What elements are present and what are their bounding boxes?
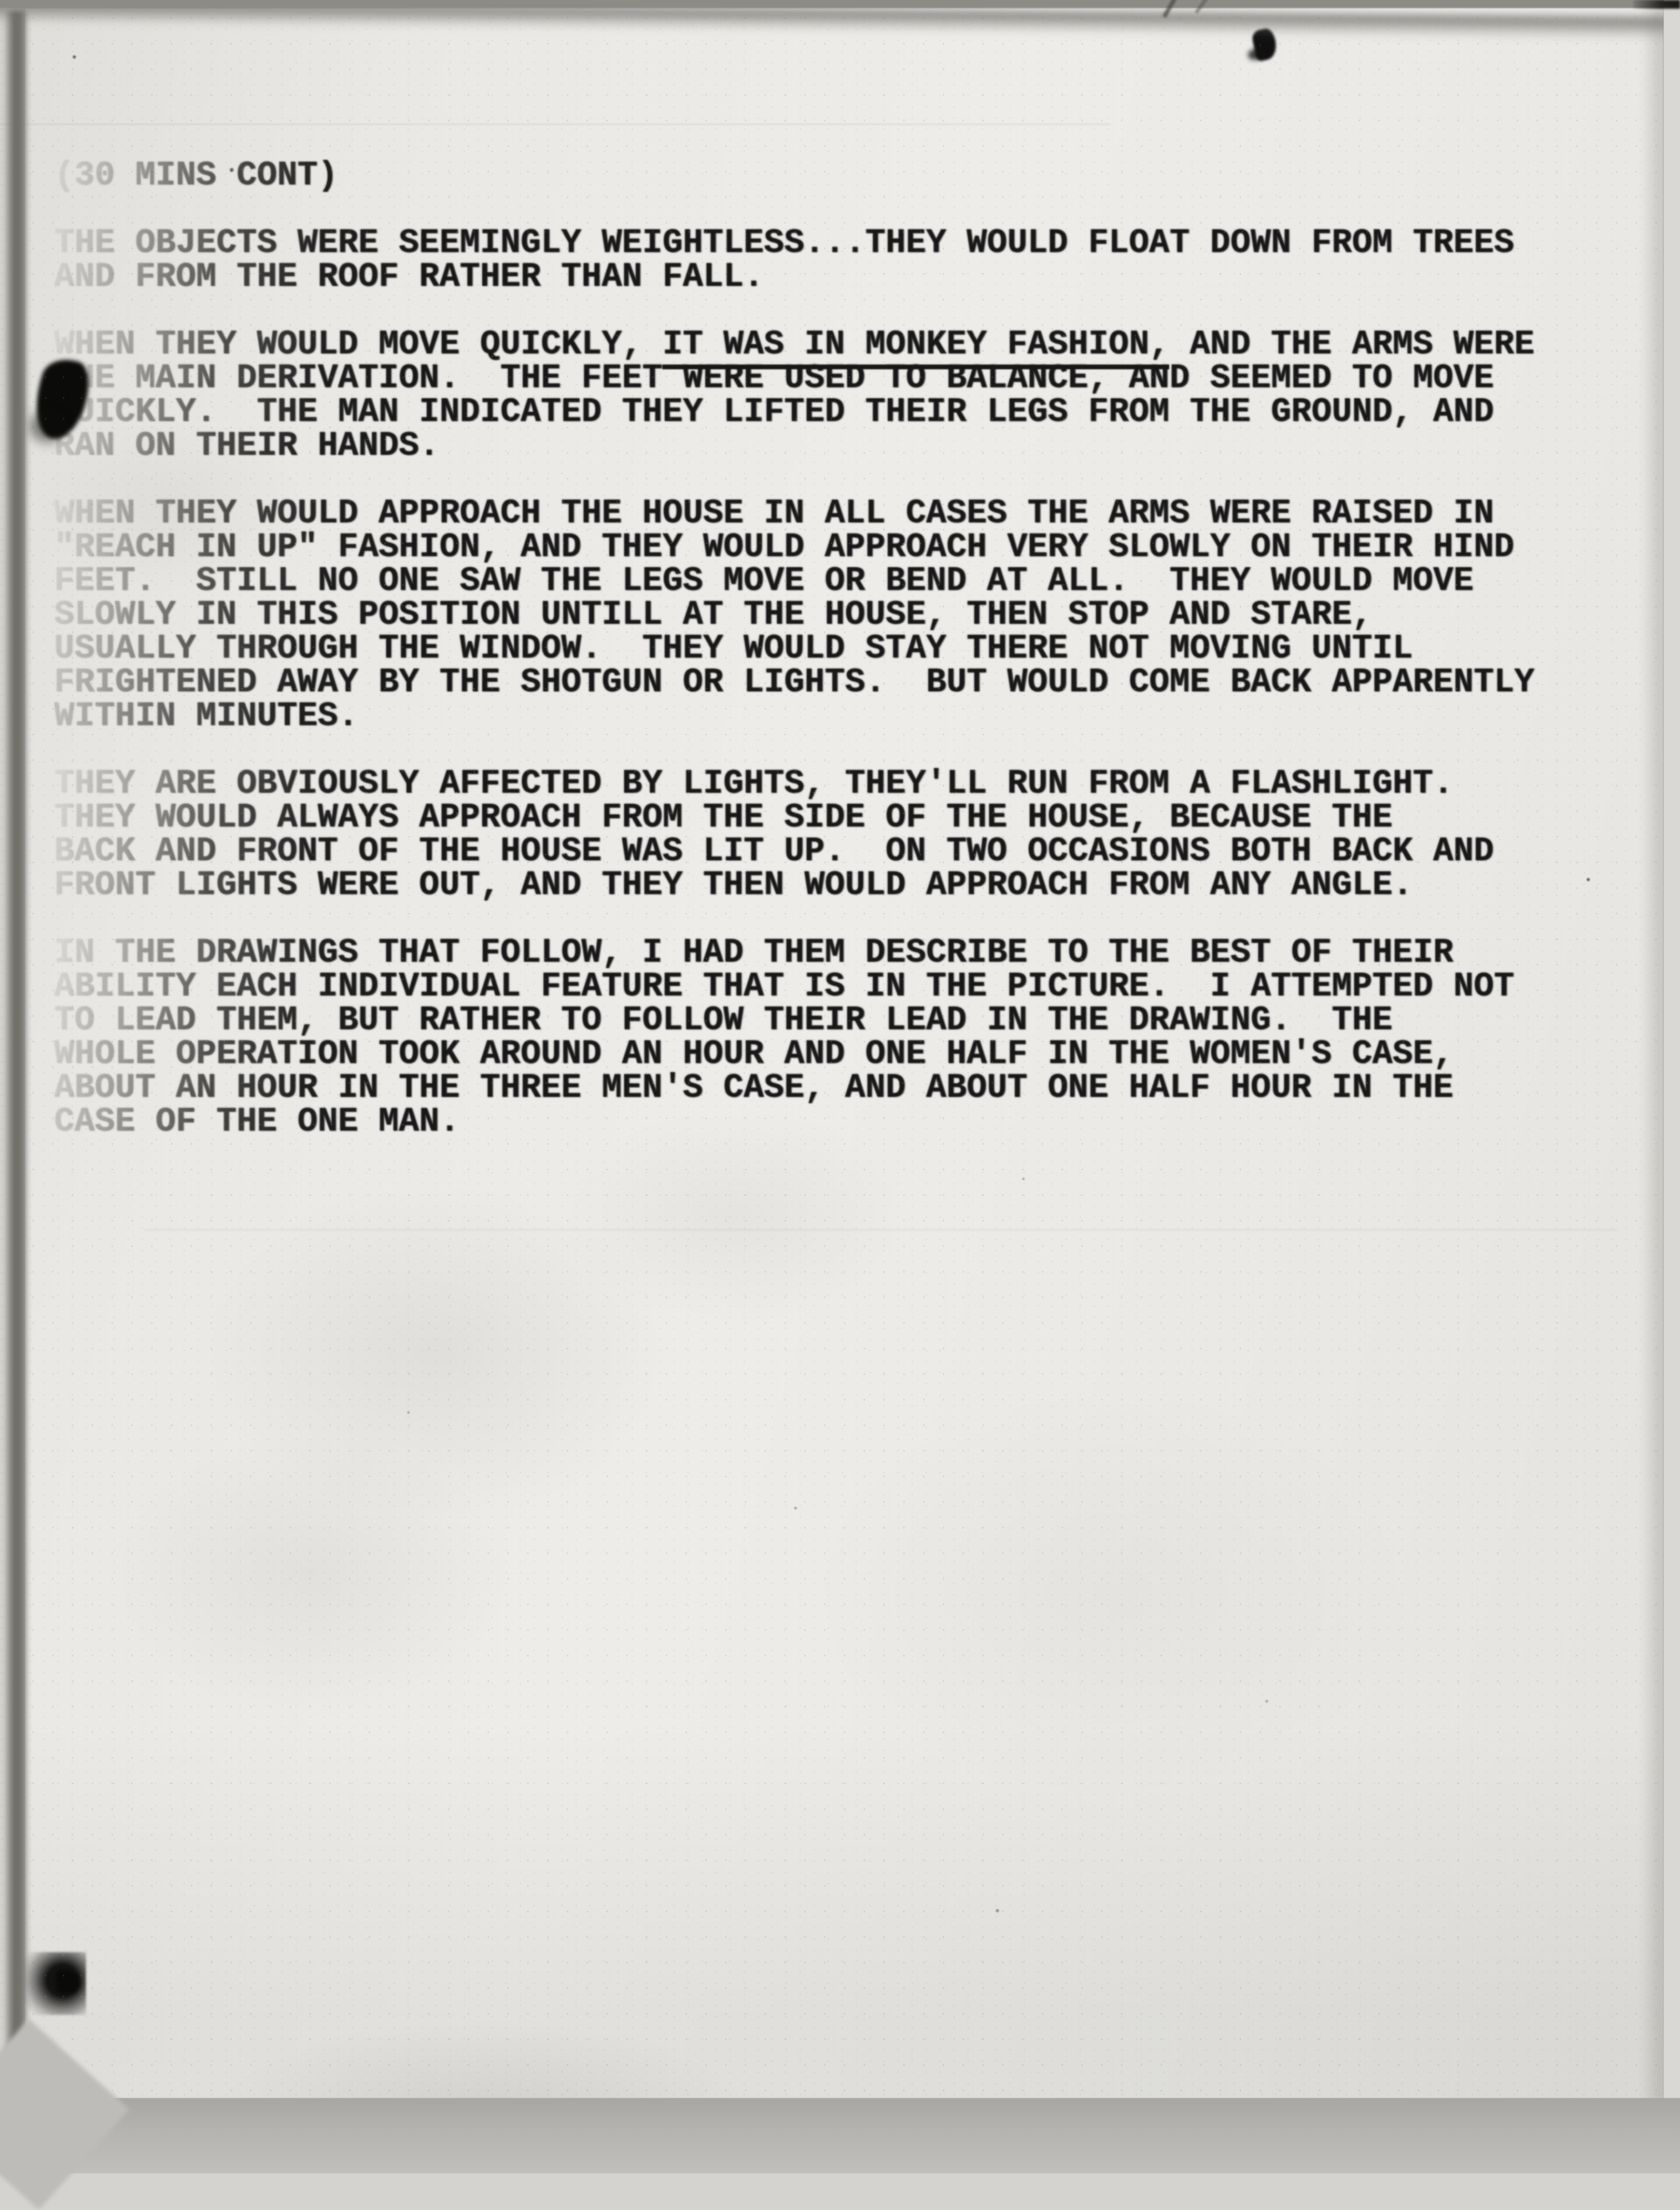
top-right-corner-mark bbox=[1634, 0, 1680, 9]
text-line: THE OBJECTS WERE SEEMINGLY WEIGHTLESS...… bbox=[54, 227, 1570, 261]
paper-left-edge-shadow bbox=[5, 11, 28, 2077]
text-segment: CASE OF THE ONE MAN. bbox=[54, 1103, 460, 1141]
paragraph: IN THE DRAWINGS THAT FOLLOW, I HAD THEM … bbox=[54, 937, 1570, 1139]
text-line: WHEN THEY WOULD APPROACH THE HOUSE IN AL… bbox=[54, 497, 1570, 531]
text-segment: TO LEAD THEM, BUT RATHER TO FOLLOW THEIR… bbox=[54, 1002, 1392, 1040]
text-segment: ABILITY EACH INDIVIDUAL FEATURE THAT IS … bbox=[54, 968, 1514, 1006]
text-line: FRIGHTENED AWAY BY THE SHOTGUN OR LIGHTS… bbox=[54, 666, 1570, 700]
text-segment: RAN ON THEIR HANDS. bbox=[54, 427, 439, 465]
text-line: "REACH IN UP" FASHION, AND THEY WOULD AP… bbox=[54, 531, 1570, 565]
text-segment: USUALLY THROUGH THE WINDOW. THEY WOULD S… bbox=[54, 630, 1413, 668]
paragraph: THE OBJECTS WERE SEEMINGLY WEIGHTLESS...… bbox=[54, 227, 1570, 294]
text-line: WHOLE OPERATION TOOK AROUND AN HOUR AND … bbox=[54, 1038, 1570, 1072]
paragraph: WHEN THEY WOULD MOVE QUICKLY, IT WAS IN … bbox=[54, 328, 1570, 463]
text-line: RAN ON THEIR HANDS. bbox=[54, 430, 1570, 463]
text-line: CASE OF THE ONE MAN. bbox=[54, 1105, 1570, 1139]
scan-bed-top-band bbox=[0, 0, 1680, 8]
text-segment: THEY ARE OBVIOUSLY AFFECTED BY LIGHTS, T… bbox=[54, 765, 1453, 803]
text-segment: QUICKLY. THE MAN INDICATED THEY LIFTED T… bbox=[54, 393, 1494, 432]
text-segment: WHEN THEY WOULD MOVE QUICKLY, bbox=[54, 326, 662, 364]
text-line: BACK AND FRONT OF THE HOUSE WAS LIT UP. … bbox=[54, 835, 1570, 869]
scan-bed-right-strip bbox=[1664, 0, 1680, 2173]
text-line: SLOWLY IN THIS POSITION UNTILL AT THE HO… bbox=[54, 599, 1570, 632]
paragraphs-container: THE OBJECTS WERE SEEMINGLY WEIGHTLESS...… bbox=[54, 227, 1570, 1139]
text-segment: IN THE DRAWINGS THAT FOLLOW, I HAD THEM … bbox=[54, 934, 1453, 972]
text-line: AND FROM THE ROOF RATHER THAN FALL. bbox=[54, 261, 1570, 294]
text-segment: FEET. STILL NO ONE SAW THE LEGS MOVE OR … bbox=[54, 562, 1473, 601]
text-line: USUALLY THROUGH THE WINDOW. THEY WOULD S… bbox=[54, 632, 1570, 666]
text-segment: AND FROM THE ROOF RATHER THAN FALL. bbox=[54, 258, 764, 296]
text-segment: BACK AND FRONT OF THE HOUSE WAS LIT UP. … bbox=[54, 833, 1494, 871]
text-segment: ABOUT AN HOUR IN THE THREE MEN'S CASE, A… bbox=[54, 1069, 1453, 1107]
text-line: ABOUT AN HOUR IN THE THREE MEN'S CASE, A… bbox=[54, 1072, 1570, 1105]
page-header: (30 MINS CONT) bbox=[54, 159, 1570, 193]
paper-crease-top bbox=[0, 124, 1110, 125]
text-line: WHEN THEY WOULD MOVE QUICKLY, IT WAS IN … bbox=[54, 328, 1570, 362]
text-segment: SLOWLY IN THIS POSITION UNTILL AT THE HO… bbox=[54, 596, 1372, 634]
paragraph: THEY ARE OBVIOUSLY AFFECTED BY LIGHTS, T… bbox=[54, 768, 1570, 903]
text-line: THEY WOULD ALWAYS APPROACH FROM THE SIDE… bbox=[54, 801, 1570, 835]
text-block: (30 MINS CONT) THE OBJECTS WERE SEEMINGL… bbox=[54, 159, 1570, 1173]
text-line: FEET. STILL NO ONE SAW THE LEGS MOVE OR … bbox=[54, 565, 1570, 599]
text-line: IN THE DRAWINGS THAT FOLLOW, I HAD THEM … bbox=[54, 937, 1570, 970]
text-line: TO LEAD THEM, BUT RATHER TO FOLLOW THEIR… bbox=[54, 1004, 1570, 1038]
paragraph: WHEN THEY WOULD APPROACH THE HOUSE IN AL… bbox=[54, 497, 1570, 734]
text-line: THE MAIN DERIVATION. THE FEET WERE USED … bbox=[54, 362, 1570, 396]
text-segment: WHEN THEY WOULD APPROACH THE HOUSE IN AL… bbox=[54, 495, 1494, 533]
text-segment: THE MAIN DERIVATION. THE FEET WERE USED … bbox=[54, 360, 1494, 398]
scanned-document-page: (30 MINS CONT) THE OBJECTS WERE SEEMINGL… bbox=[0, 0, 1680, 2173]
text-segment: FRIGHTENED AWAY BY THE SHOTGUN OR LIGHTS… bbox=[54, 664, 1535, 702]
text-line: THEY ARE OBVIOUSLY AFFECTED BY LIGHTS, T… bbox=[54, 768, 1570, 801]
text-line: FRONT LIGHTS WERE OUT, AND THEY THEN WOU… bbox=[54, 869, 1570, 903]
scan-bed-bottom-band bbox=[0, 2098, 1680, 2173]
paper-right-edge-shade bbox=[1640, 5, 1664, 2100]
text-segment: "REACH IN UP" FASHION, AND THEY WOULD AP… bbox=[54, 529, 1514, 567]
text-segment: WITHIN MINUTES. bbox=[54, 698, 358, 736]
text-segment: AND THE ARMS WERE bbox=[1169, 326, 1534, 364]
text-segment: THEY WOULD ALWAYS APPROACH FROM THE SIDE… bbox=[54, 799, 1392, 837]
paper-crease-middle bbox=[145, 1229, 1617, 1231]
text-line: ABILITY EACH INDIVIDUAL FEATURE THAT IS … bbox=[54, 970, 1570, 1004]
text-line: QUICKLY. THE MAN INDICATED THEY LIFTED T… bbox=[54, 396, 1570, 430]
text-segment: THE OBJECTS WERE SEEMINGLY WEIGHTLESS...… bbox=[54, 224, 1514, 263]
text-line: WITHIN MINUTES. bbox=[54, 700, 1570, 734]
text-segment: FRONT LIGHTS WERE OUT, AND THEY THEN WOU… bbox=[54, 867, 1413, 905]
text-segment: WHOLE OPERATION TOOK AROUND AN HOUR AND … bbox=[54, 1035, 1453, 1074]
